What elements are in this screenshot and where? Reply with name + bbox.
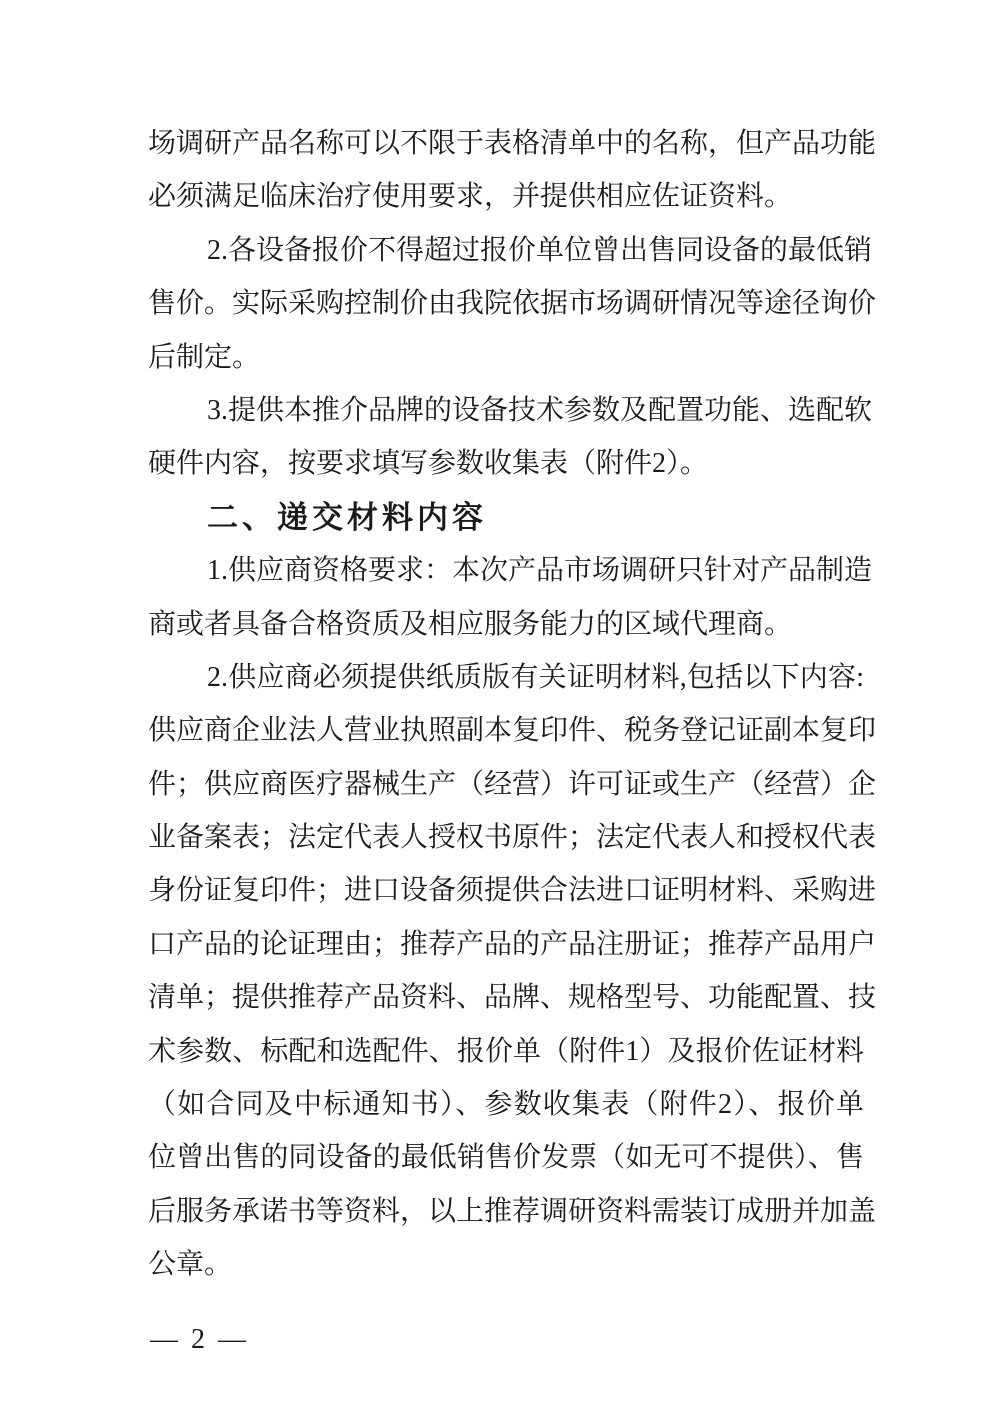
text-line: 场调研产品名称可以不限于表格清单中的名称，但产品功能	[148, 117, 864, 170]
text-line: 术参数、标配和选配件、报价单（附件1）及报价佐证材料	[148, 1025, 864, 1078]
text-line: 身份证复印件；进口设备须提供合法进口证明材料、采购进	[148, 864, 864, 917]
text-line: 2.供应商必须提供纸质版有关证明材料,包括以下内容:	[148, 651, 864, 704]
text-line: 硬件内容，按要求填写参数收集表（附件2）。	[148, 437, 864, 490]
text-line: 业备案表；法定代表人授权书原件；法定代表人和授权代表	[148, 811, 864, 864]
text-line: 公章。	[148, 1238, 864, 1291]
text-line: 位曾出售的同设备的最低销售价发票（如无可不提供）、售	[148, 1131, 864, 1184]
text-line: 件；供应商医疗器械生产（经营）许可证或生产（经营）企	[148, 758, 864, 811]
page-number: — 2 —	[150, 1324, 249, 1356]
text-line: 商或者具备合格资质及相应服务能力的区域代理商。	[148, 598, 864, 651]
document-page: 场调研产品名称可以不限于表格清单中的名称，但产品功能 必须满足临床治疗使用要求，…	[0, 0, 1000, 1425]
document-body: 场调研产品名称可以不限于表格清单中的名称，但产品功能 必须满足临床治疗使用要求，…	[148, 117, 864, 1292]
section-heading: 二、递交材料内容	[148, 491, 864, 544]
text-line: 口产品的论证理由；推荐产品的产品注册证；推荐产品用户	[148, 918, 864, 971]
text-line: 2.各设备报价不得超过报价单位曾出售同设备的最低销	[148, 224, 864, 277]
text-line: 售价。实际采购控制价由我院依据市场调研情况等途径询价	[148, 277, 864, 330]
text-line: 3.提供本推介品牌的设备技术参数及配置功能、选配软	[148, 384, 864, 437]
text-line: 清单；提供推荐产品资料、品牌、规格型号、功能配置、技	[148, 971, 864, 1024]
text-line: 1.供应商资格要求：本次产品市场调研只针对产品制造	[148, 544, 864, 597]
text-line: 后服务承诺书等资料，以上推荐调研资料需装订成册并加盖	[148, 1185, 864, 1238]
text-line: 后制定。	[148, 331, 864, 384]
text-line: 必须满足临床治疗使用要求，并提供相应佐证资料。	[148, 170, 864, 223]
text-line: 供应商企业法人营业执照副本复印件、税务登记证副本复印	[148, 704, 864, 757]
text-line: （如合同及中标通知书）、参数收集表（附件2）、报价单	[148, 1078, 864, 1131]
